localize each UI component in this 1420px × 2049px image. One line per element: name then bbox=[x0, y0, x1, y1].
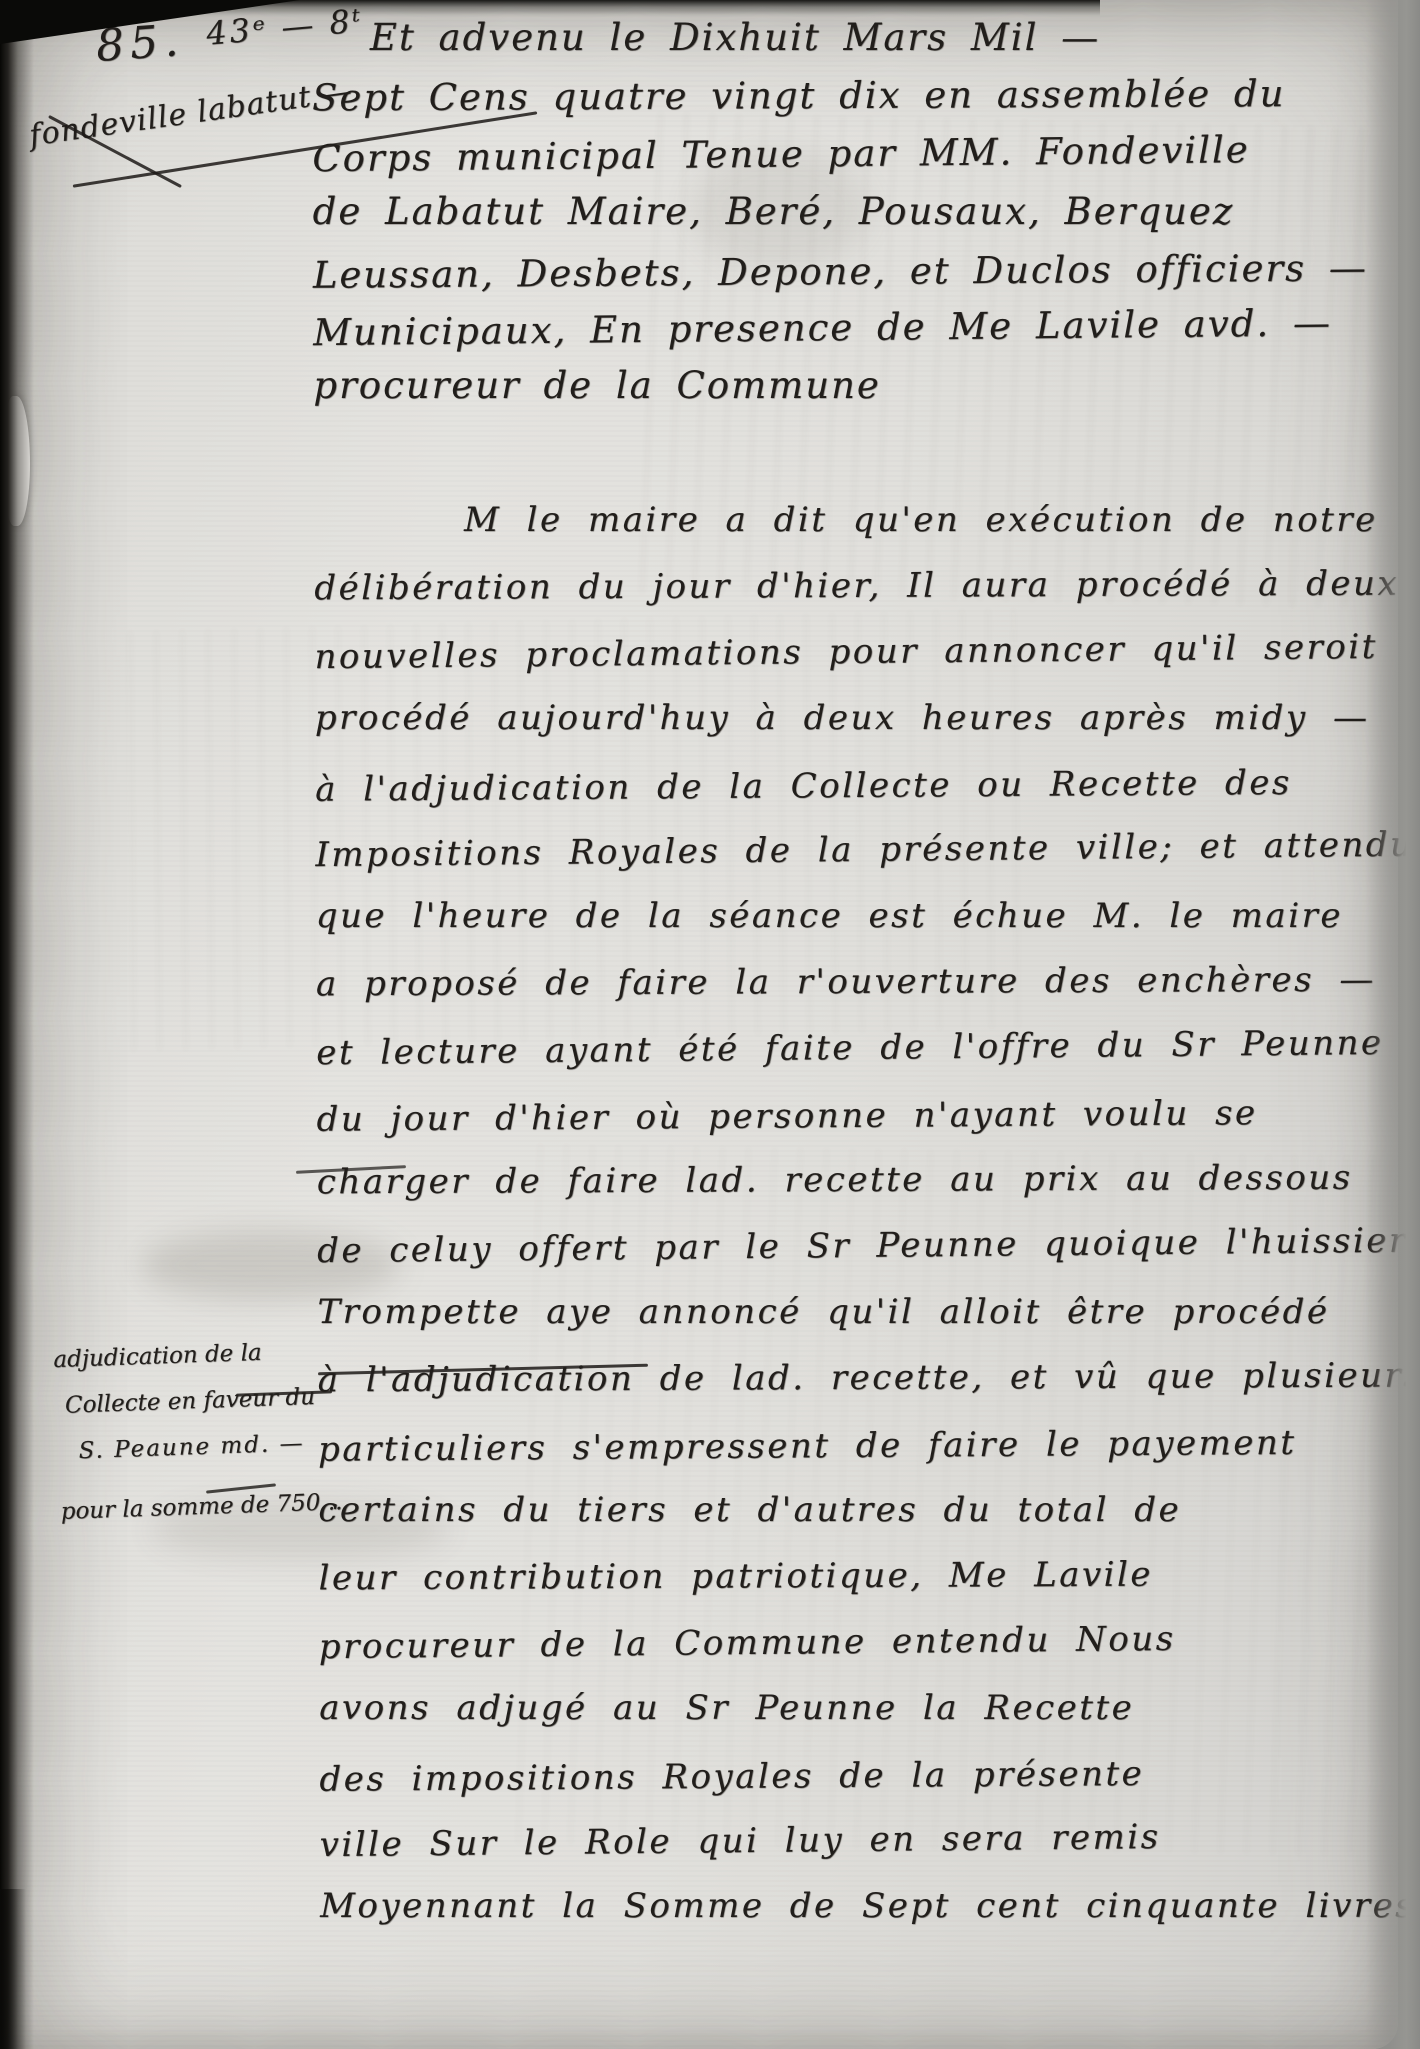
text-line: ville Sur le Role qui luy en sera remis bbox=[319, 1815, 1400, 1891]
text-line: Corps municipal Tenue par MM. Fondeville bbox=[312, 127, 1393, 195]
text-line: particuliers s'empressent de faire le pa… bbox=[318, 1422, 1398, 1496]
preamble-paragraph: Et advenu le Dixhuit Mars Mil — Sept Cen… bbox=[312, 14, 1394, 425]
text-line: à l'adjudication de la Collecte ou Recet… bbox=[315, 762, 1395, 836]
text-line: Moyennant la Somme de Sept cent cinquant… bbox=[320, 1886, 1400, 1952]
text-line: M le maire a dit qu'en exécution de notr… bbox=[314, 500, 1394, 566]
text-line: nouvelles proclamations pour annoncer qu… bbox=[314, 627, 1395, 703]
margin-note-line: S. Peaune md. — bbox=[56, 1419, 347, 1475]
text-line: procureur de la Commune bbox=[313, 364, 1393, 422]
scan-corner-shadow bbox=[0, 1889, 26, 2049]
deliberation-paragraph: M le maire a dit qu'en exécution de notr… bbox=[314, 498, 1400, 1955]
text-line: de celuy offert par le Sr Peunne quoique… bbox=[317, 1221, 1398, 1297]
text-line: procédé aujourd'huy à deux heures après … bbox=[315, 698, 1395, 764]
text-line: et lecture ayant été faite de l'offre du… bbox=[316, 1023, 1397, 1099]
margin-note: adjudication de la Collecte en faveur du… bbox=[53, 1327, 350, 1535]
text-line: des impositions Royales de la présente bbox=[319, 1752, 1399, 1826]
text-line: de Labatut Maire, Beré, Pousaux, Berquez bbox=[313, 190, 1393, 248]
binding-gutter-shadow bbox=[0, 0, 34, 2049]
text-line: du jour d'hier où personne n'ayant voulu… bbox=[316, 1092, 1396, 1166]
margin-signature: fondeville labatut — bbox=[27, 73, 355, 153]
text-line: à l'adjudication de lad. recette, et vû … bbox=[318, 1356, 1398, 1427]
text-line: Trompette aye annoncé qu'il alloit être … bbox=[317, 1292, 1397, 1358]
document-scan: 85. 43ᵉ — 8ᵗ fondeville labatut — adjudi… bbox=[0, 0, 1420, 2049]
text-line: a proposé de faire la r'ouverture des en… bbox=[316, 960, 1396, 1031]
text-line: certains du tiers et d'autres du total d… bbox=[318, 1490, 1398, 1556]
text-line: leur contribution patriotique, Me Lavile bbox=[319, 1554, 1399, 1625]
text-line: Impositions Royales de la présente ville… bbox=[315, 825, 1396, 901]
manuscript-page: 85. 43ᵉ — 8ᵗ fondeville labatut — adjudi… bbox=[0, 0, 1398, 2049]
manuscript-body: Et advenu le Dixhuit Mars Mil — Sept Cen… bbox=[312, 14, 1400, 1955]
text-line: Municipaux, En presence de Me Lavile avd… bbox=[313, 301, 1394, 369]
text-line: avons adjugé au Sr Peunne la Recette bbox=[319, 1688, 1399, 1754]
text-line: que l'heure de la séance est échue M. le… bbox=[316, 896, 1396, 962]
text-line: délibération du jour d'hier, Il aura pro… bbox=[314, 564, 1394, 635]
text-line: charger de faire lad. recette au prix au… bbox=[317, 1158, 1397, 1229]
text-line: procureur de la Commune entendu Nous bbox=[319, 1617, 1400, 1693]
text-line: Sept Cens quatre vingt dix en assemblée … bbox=[312, 72, 1392, 135]
text-line: Et advenu le Dixhuit Mars Mil — bbox=[312, 16, 1392, 74]
page-edge-shadow bbox=[1366, 0, 1420, 2049]
